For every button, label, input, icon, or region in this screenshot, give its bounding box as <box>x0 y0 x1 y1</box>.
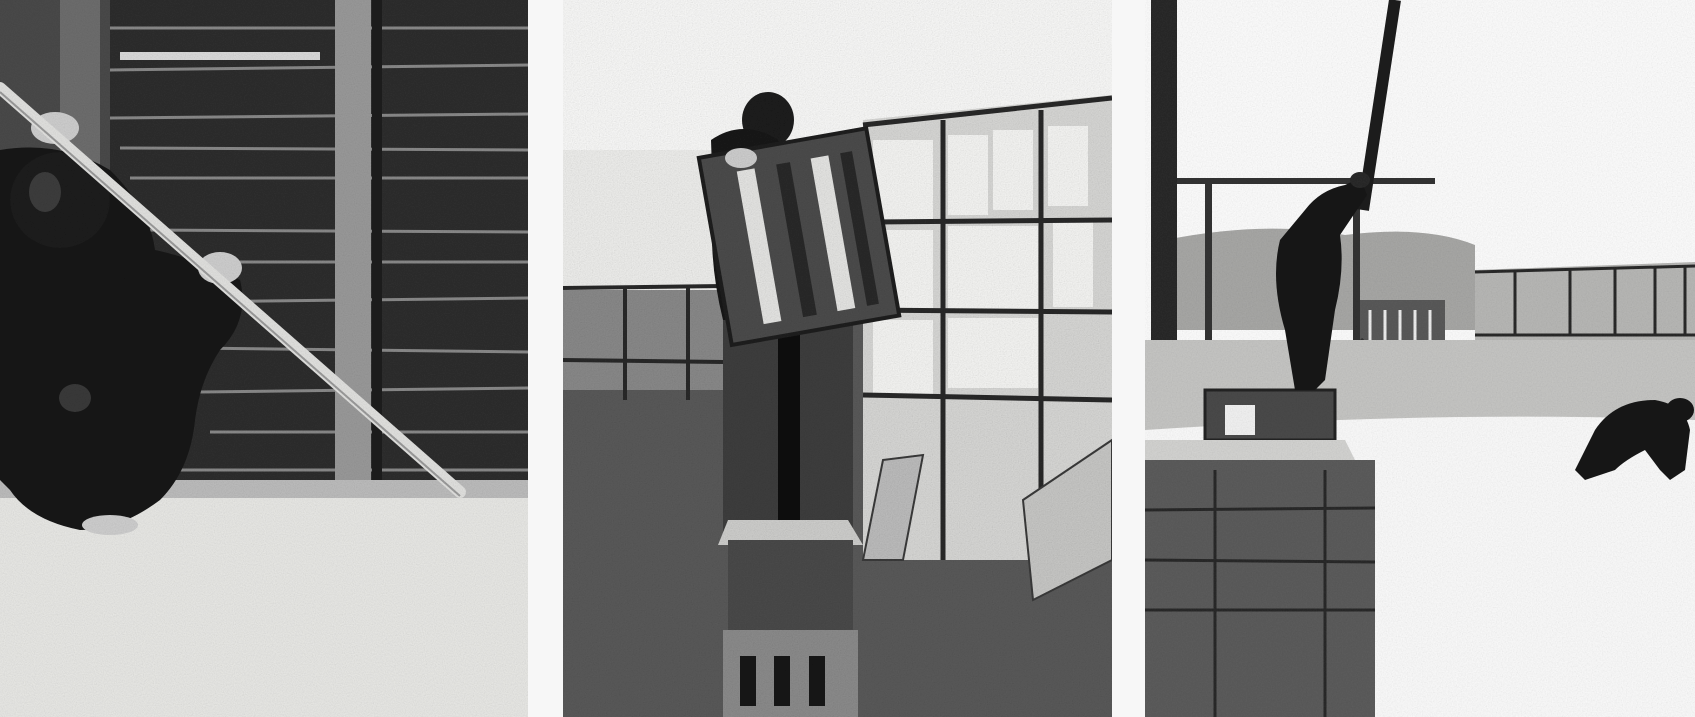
chimp-with-stick-photo <box>0 0 528 717</box>
chimp-stacking-crates-photo <box>563 0 1112 717</box>
panel-gutter <box>528 0 563 717</box>
photo-panel-left <box>0 0 528 717</box>
photo-panel-middle <box>563 0 1112 717</box>
chimp-reaching-pole-photo <box>1145 0 1695 717</box>
panel-gutter <box>1112 0 1145 717</box>
photo-panel-right <box>1145 0 1695 717</box>
